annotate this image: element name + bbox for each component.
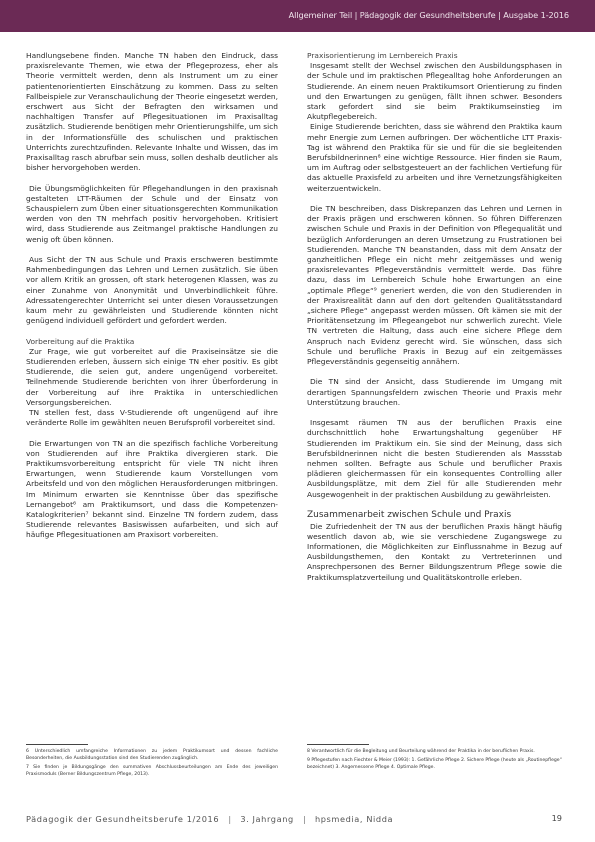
footer-journal-title: Pädagogik der Gesundheitsberufe 1/2016 (26, 814, 219, 824)
subheading: Praxisorientierung im Lernbereich Praxis (307, 51, 562, 61)
body-paragraph: Einige Studierende berichten, dass sie w… (307, 122, 562, 193)
footnote: 9 Pflegestufen nach Fiechter & Meier (19… (307, 758, 562, 772)
footnote: 8 Verantwortlich für die Begleitung und … (307, 749, 562, 756)
body-paragraph: Die Erwartungen von TN an die spezifisch… (26, 439, 278, 541)
footnote-divider (26, 744, 88, 745)
footnote: 6 Unterschiedlich umfangreiche Informati… (26, 749, 278, 763)
page-number: 19 (552, 813, 562, 823)
left-column: Handlungsebene finden. Manche TN haben d… (26, 51, 278, 541)
running-header-bar: Allgemeiner Teil | Pädagogik der Gesundh… (0, 0, 595, 32)
body-paragraph: Die TN sind der Ansicht, dass Studierend… (307, 377, 562, 408)
footnotes-left: 6 Unterschiedlich umfangreiche Informati… (26, 749, 278, 781)
body-paragraph: Insgesamt räumen TN aus der beruflichen … (307, 418, 562, 500)
body-paragraph: Die Zufriedenheit der TN aus der berufli… (307, 522, 562, 583)
footer-volume: 3. Jahrgang (240, 814, 293, 824)
body-paragraph: Handlungsebene finden. Manche TN haben d… (26, 51, 278, 173)
footnote: 7 Sie finden je Bildungsgänge den summat… (26, 765, 278, 779)
footnote-divider (307, 744, 369, 745)
footnotes-right: 8 Verantwortlich für die Begleitung und … (307, 749, 562, 774)
footer-separator: | (303, 814, 306, 824)
section-collaboration: Zusammenarbeit zwischen Schule und Praxi… (307, 510, 562, 583)
running-header-title: Allgemeiner Teil | Pädagogik der Gesundh… (289, 10, 569, 20)
section-heading: Zusammenarbeit zwischen Schule und Praxi… (307, 510, 562, 522)
body-paragraph: TN stellen fest, dass V-Studierende oft … (26, 408, 278, 428)
page-footer: Pädagogik der Gesundheitsberufe 1/2016 |… (26, 813, 562, 827)
body-paragraph: Aus Sicht der TN aus Schule und Praxis e… (26, 255, 278, 326)
subsection-practice-orientation: Praxisorientierung im Lernbereich Praxis… (307, 51, 562, 122)
body-paragraph: Die TN beschreiben, dass Diskrepanzen da… (307, 204, 562, 367)
subsection-preparation: Vorbereitung auf die Praktika Zur Frage,… (26, 337, 278, 408)
footer-publisher: hpsmedia, Nidda (315, 814, 393, 824)
body-paragraph: Die Übungsmöglichkeiten für Pflegehandlu… (26, 184, 278, 245)
footer-separator: | (228, 814, 231, 824)
body-paragraph: Insgesamt stellt der Wechsel zwischen de… (307, 61, 562, 122)
right-column: Praxisorientierung im Lernbereich Praxis… (307, 51, 562, 583)
body-paragraph: Zur Frage, wie gut vorbereitet auf die P… (26, 347, 278, 408)
subheading: Vorbereitung auf die Praktika (26, 337, 278, 347)
